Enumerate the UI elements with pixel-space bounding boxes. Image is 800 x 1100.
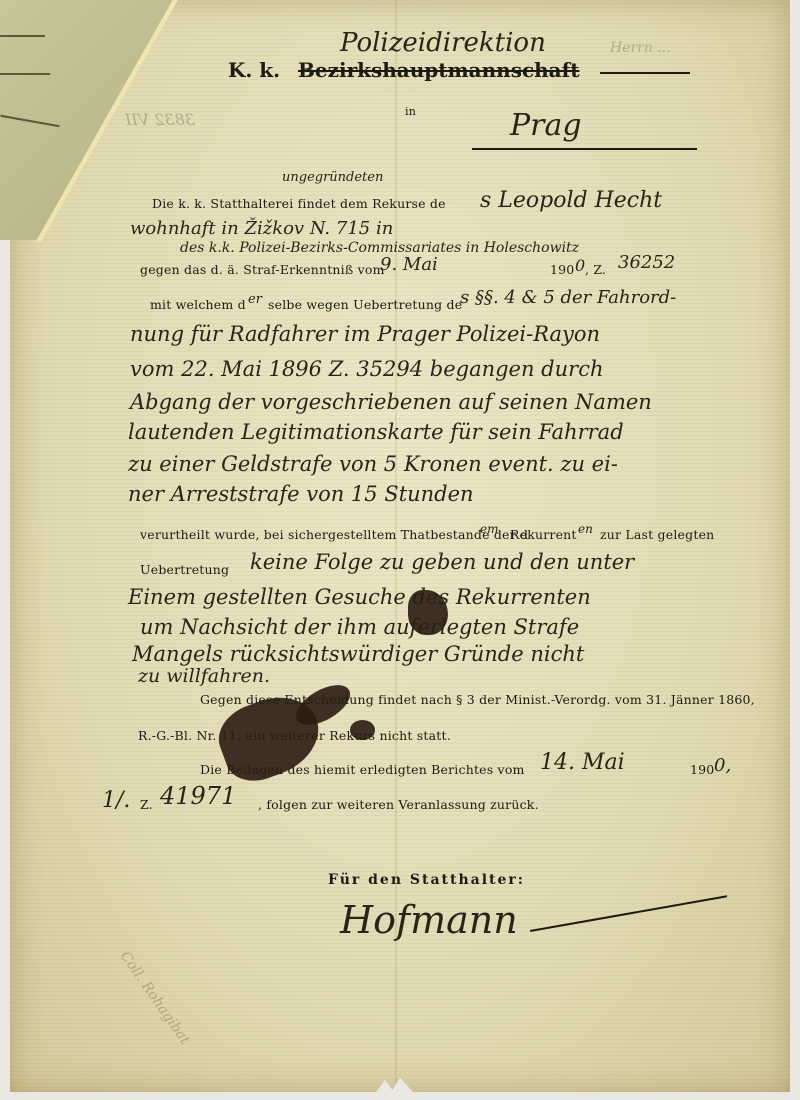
envelope-ink-stroke (0, 35, 45, 37)
line11-hand-b: en (578, 522, 593, 536)
year-hand: 0 (575, 256, 585, 275)
line5-hand: nung für Radfahrer im Prager Polizei-Ray… (130, 322, 600, 346)
line20-printed: , folgen zur weiteren Veranlassung zurüc… (258, 797, 539, 812)
line1-printed: Die k. k. Statthalterei findet dem Rekur… (152, 196, 446, 211)
line14-hand: um Nachsicht der ihm auferlegten Strafe (140, 615, 579, 639)
line19-year-hand: 0, (714, 755, 731, 776)
line12-hand: keine Folge zu geben und den unter (250, 550, 634, 574)
line15-hand: Mangels rücksichtswürdiger Gründe nicht (132, 642, 584, 666)
printed-prefix: K. k. (228, 58, 280, 82)
line10-hand: ner Arreststrafe von 15 Stunden (128, 482, 474, 506)
place-rule (472, 148, 697, 150)
signature-flourish (530, 895, 727, 931)
signature-label: Für den Statthalter: (328, 872, 525, 888)
struck-authority: Bezirkshauptmannschaft (298, 58, 579, 82)
place-name: Prag (510, 108, 582, 143)
envelope-ink-stroke (0, 73, 50, 75)
envelope-ink-stroke (0, 115, 59, 127)
judgment-number: 36252 (618, 252, 675, 273)
report-number: 41971 (160, 782, 236, 810)
line12-printed: Uebertretung (140, 562, 229, 577)
line19-year-printed: 190 (690, 762, 714, 777)
enclosure-mark: 1/. (102, 788, 130, 813)
line20-z: Z. (140, 797, 153, 812)
line7-hand: Abgang der vorgeschriebenen auf seinen N… (130, 390, 652, 414)
bleed-through-text: Herrn ... (610, 40, 671, 56)
report-date: 14. Mai (540, 750, 625, 775)
year-printed: 190 (550, 262, 574, 277)
line16-hand: zu willfahren. (138, 665, 270, 687)
line4-printed: mit welchem d (150, 297, 246, 312)
residence: wohnhaft in Žižkov N. 715 in (130, 218, 393, 239)
document-page: 3832 VII Herrn ... Coll. Rohagibat Poliz… (10, 0, 790, 1092)
handwritten-authority: Polizeidirektion (340, 28, 546, 58)
line13-hand: Einem gestellten Gesuche des Rekurrenten (128, 585, 591, 609)
faint-stamp: Coll. Rohagibat (117, 948, 193, 1047)
line11-printed-a: verurtheilt wurde, bei sichergestelltem … (140, 527, 528, 542)
line11-printed-c: zur Last gelegten (600, 527, 714, 542)
line4-mid-hand: er (248, 292, 262, 307)
recurrent-name: s Leopold Hecht (480, 188, 662, 213)
line4-hand: s §§. 4 & 5 der Fahrord- (460, 287, 676, 308)
line4-printed2: selbe wegen Uebertretung de (268, 297, 462, 312)
in-label: in (405, 105, 416, 118)
bleed-through-number: 3832 VII (125, 110, 195, 129)
ink-stain (408, 590, 448, 635)
line11-printed-b: Rekurrent (510, 527, 577, 542)
signature: Hofmann (340, 898, 518, 942)
line11-hand-a: em (480, 522, 498, 536)
line3-printed: gegen das d. ä. Straf-Erkenntniß vom (140, 262, 385, 277)
line6-hand: vom 22. Mai 1896 Z. 35294 begangen durch (130, 357, 603, 381)
ink-stain (350, 720, 375, 740)
line8-hand: lautenden Legitimationskarte für sein Fa… (128, 420, 624, 444)
header-rule (600, 72, 690, 74)
line9-hand: zu einer Geldstrafe von 5 Kronen event. … (128, 452, 618, 476)
z-label: , Z. (585, 262, 606, 277)
inserted-word: ungegründeten (282, 170, 383, 185)
judgment-date: 9. Mai (380, 254, 438, 275)
